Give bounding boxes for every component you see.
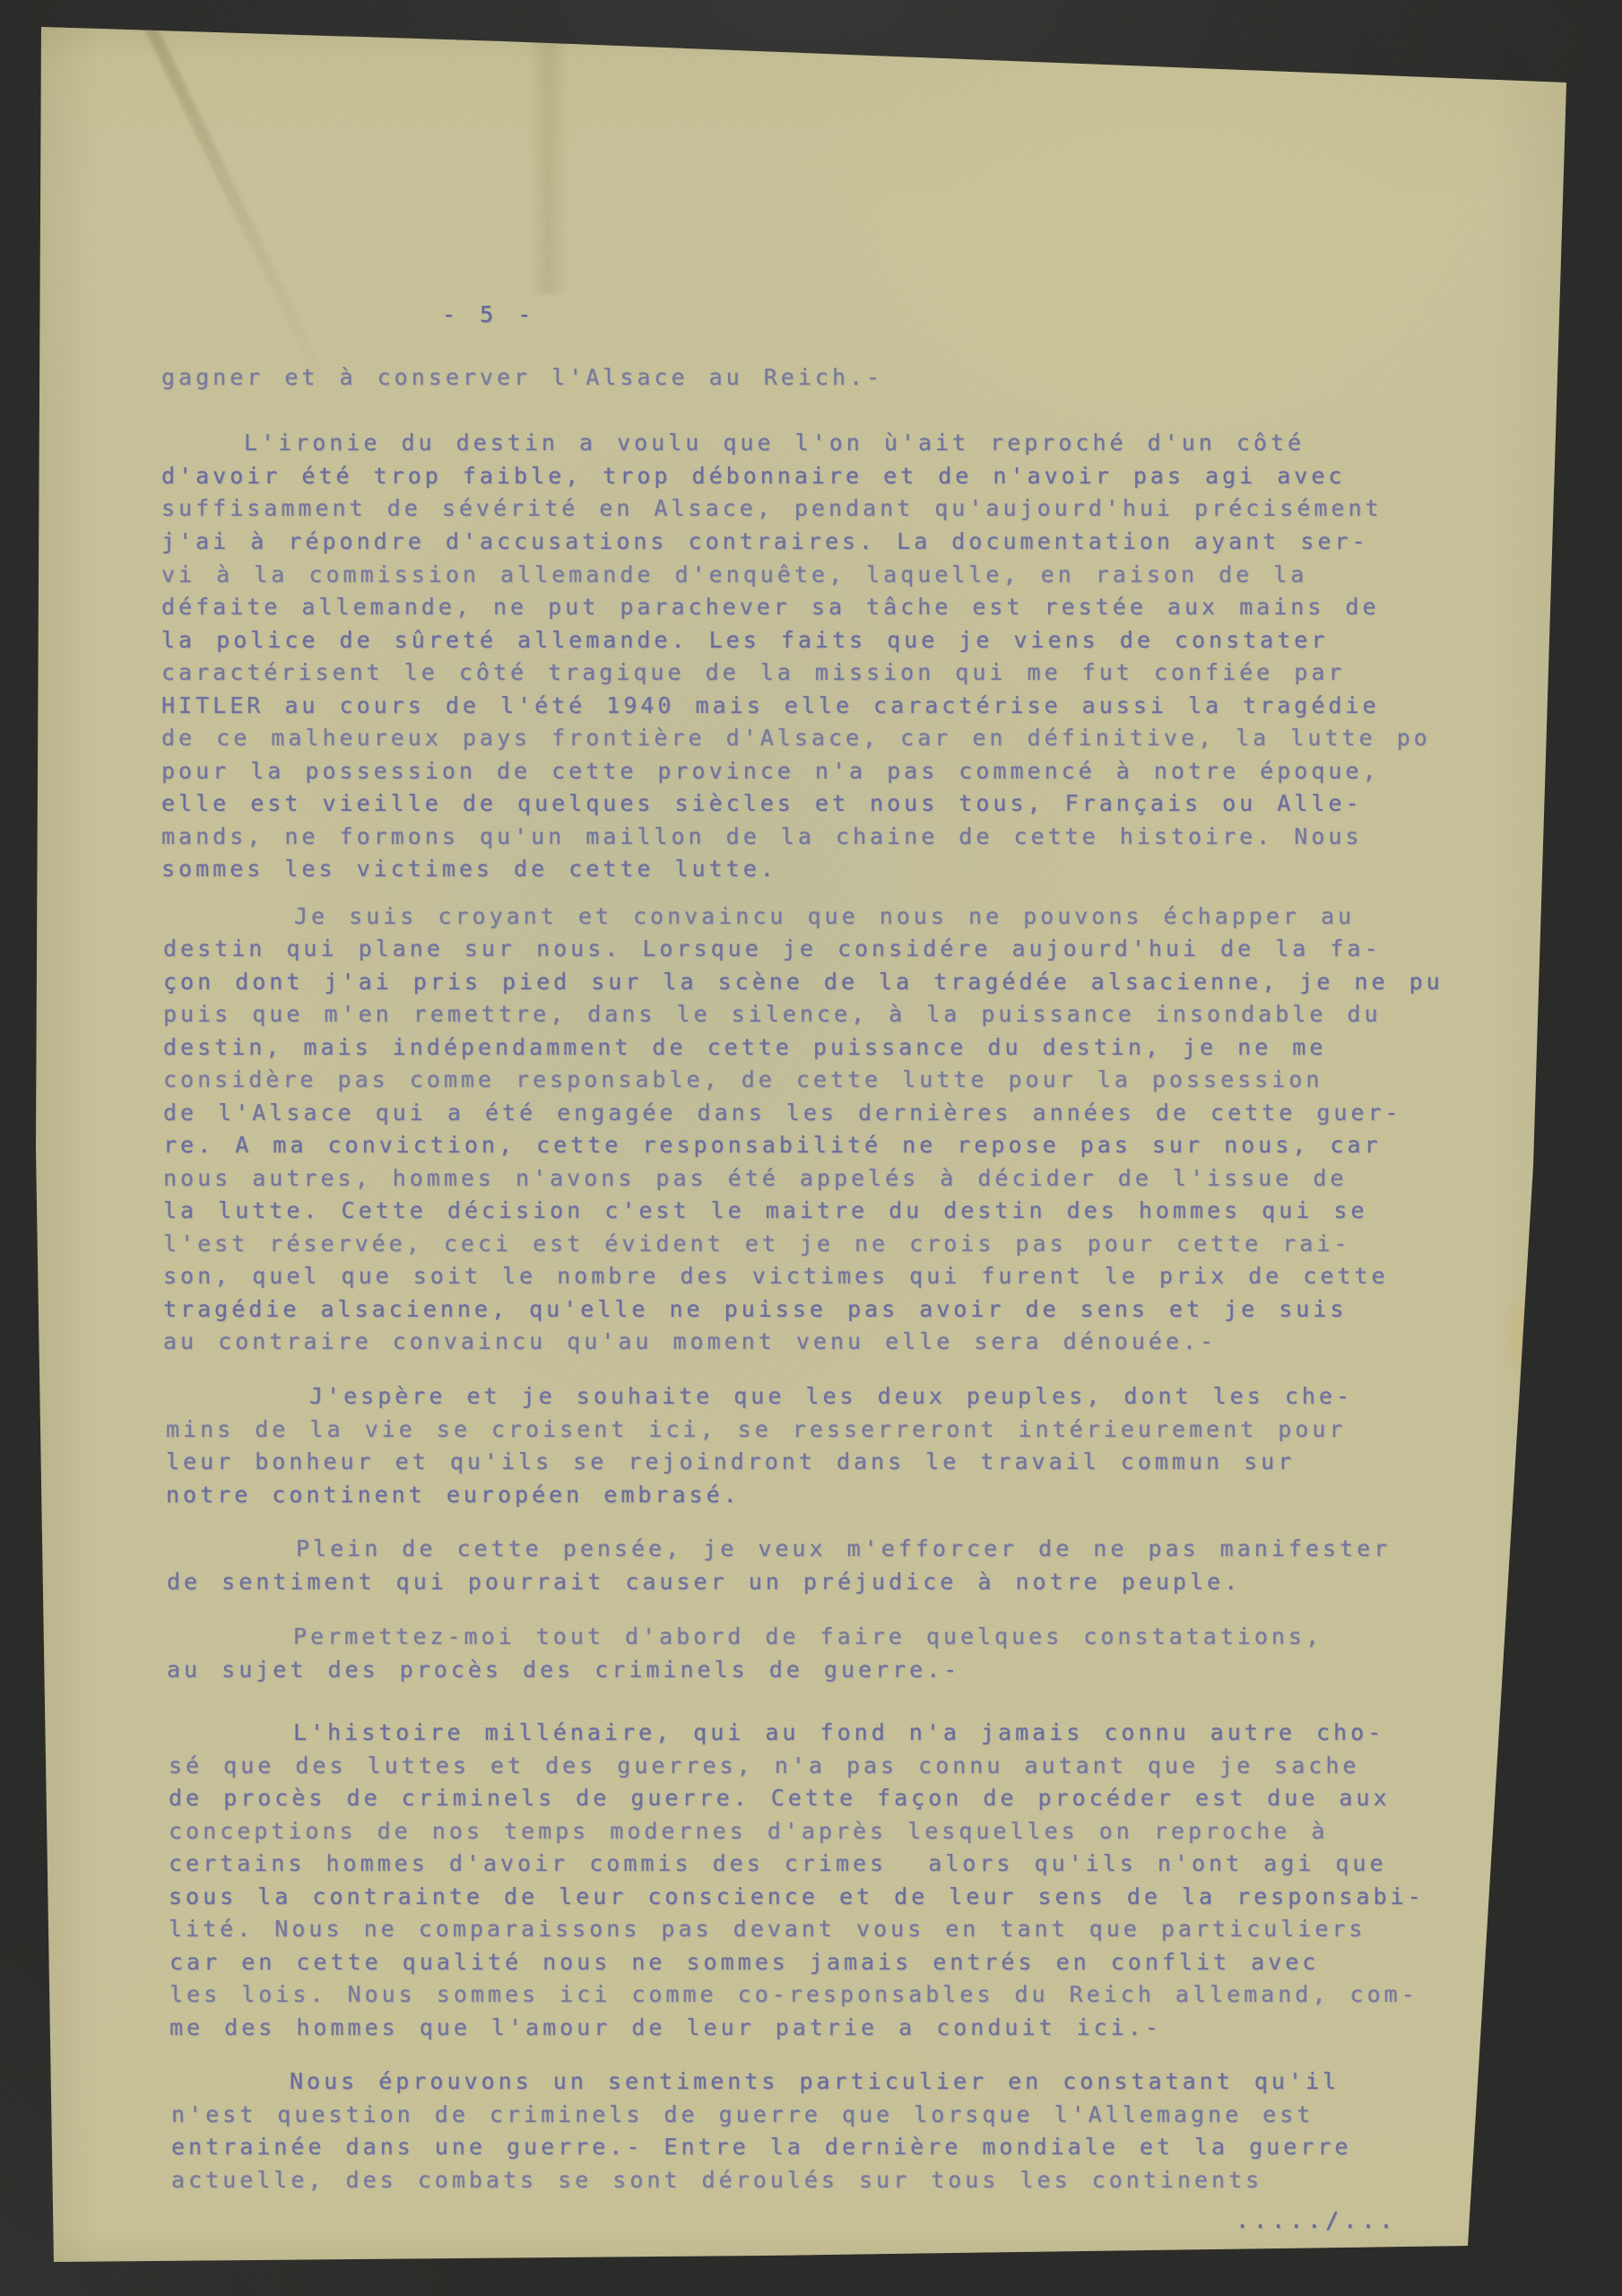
typewritten-line: L'histoire millénaire, qui au fond n'a j… — [293, 1718, 1384, 1746]
continuation-mark: ...../... — [1236, 2206, 1397, 2234]
document-page: - 5 - gagner et à conserver l'Alsace au … — [0, 0, 1622, 2296]
typewritten-line: au contraire convaincu qu'au moment venu… — [163, 1327, 1217, 1355]
typewritten-line: destin qui plane sur nous. Lorsque je co… — [163, 935, 1382, 962]
typewritten-line: de sentiment qui pourrait causer un préj… — [167, 1568, 1241, 1596]
typewritten-line: sous la contrainte de leur conscience et… — [169, 1883, 1425, 1910]
typewritten-line: défaite allemande, ne put parachever sa … — [161, 593, 1380, 621]
typewritten-line: son, quel que soit le nombre des victime… — [163, 1262, 1389, 1290]
typewritten-line: la lutte. Cette décision c'est le maitre… — [163, 1196, 1368, 1224]
typewritten-line: destin, mais indépendamment de cette pui… — [163, 1033, 1326, 1061]
typewritten-line: Je suis croyant et convaincu que nous ne… — [294, 902, 1355, 930]
typewritten-line: lité. Nous ne comparaissons pas devant v… — [169, 1915, 1366, 1943]
typewritten-line: re. A ma conviction, cette responsabilit… — [163, 1131, 1382, 1159]
typewritten-line: notre continent européen embrasé. — [166, 1481, 741, 1509]
typewritten-line: n'est question de criminels de guerre qu… — [171, 2100, 1314, 2128]
typewritten-line: sé que des luttes et des guerres, n'a pa… — [169, 1752, 1359, 1779]
typewritten-line: HITLER au cours de l'été 1940 mais elle … — [161, 691, 1380, 719]
typewritten-line: suffisamment de sévérité en Alsace, pend… — [161, 494, 1383, 522]
typewritten-line: de l'Alsace qui a été engagée dans les d… — [163, 1099, 1402, 1126]
typewritten-line: j'ai à répondre d'accusations contraires… — [161, 527, 1369, 555]
typewritten-line: Permettez-moi tout d'abord de faire quel… — [293, 1622, 1323, 1650]
typewritten-line: d'avoir été trop faible, trop débonnaire… — [161, 462, 1345, 490]
typewritten-line: considère pas comme responsable, de cett… — [163, 1065, 1323, 1093]
typewritten-line: les lois. Nous sommes ici comme co-respo… — [169, 1980, 1418, 2008]
typewritten-line: tragédie alsacienne, qu'elle ne puisse p… — [163, 1295, 1347, 1323]
typewritten-line: Plein de cette pensée, je veux m'efforce… — [296, 1535, 1391, 1562]
typewritten-line: nous autres, hommes n'avons pas été appe… — [163, 1164, 1347, 1192]
typewritten-line: Nous éprouvons un sentiments particulier… — [290, 2067, 1340, 2095]
typewritten-line: vi à la commission allemande d'enquête, … — [161, 561, 1307, 588]
photo-background: - 5 - gagner et à conserver l'Alsace au … — [0, 0, 1622, 2296]
typewritten-line: mands, ne formons qu'un maillon de la ch… — [161, 822, 1363, 850]
typewritten-line: actuelle, des combats se sont déroulés s… — [171, 2166, 1262, 2194]
typewritten-line: car en cette qualité nous ne sommes jama… — [169, 1948, 1319, 1976]
typewritten-line: au sujet des procès des criminels de gue… — [167, 1656, 960, 1683]
typewritten-line: l'est réservée, ceci est évident et je n… — [163, 1230, 1350, 1257]
typewritten-line: entrainée dans une guerre.- Entre la der… — [171, 2133, 1351, 2161]
typewritten-line: gagner et à conserver l'Alsace au Reich.… — [161, 363, 883, 391]
typewritten-line: la police de sûreté allemande. Les faits… — [161, 626, 1328, 654]
typewritten-line: pour la possession de cette province n'a… — [161, 757, 1380, 785]
typewritten-line: elle est vieille de quelques siècles et … — [161, 789, 1363, 817]
typewritten-line: certains hommes d'avoir commis des crime… — [169, 1849, 1387, 1877]
typewritten-text: gagner et à conserver l'Alsace au Reich.… — [0, 0, 1622, 2296]
typewritten-line: de procès de criminels de guerre. Cette … — [169, 1784, 1391, 1812]
typewritten-line: sommes les victimes de cette lutte. — [161, 855, 777, 883]
typewritten-line: mins de la vie se croisent ici, se resse… — [166, 1415, 1346, 1443]
typewritten-line: conceptions de nos temps modernes d'aprè… — [169, 1817, 1328, 1845]
typewritten-line: puis que m'en remettre, dans le silence,… — [163, 1000, 1382, 1028]
typewritten-line: leur bonheur et qu'ils se rejoindront da… — [166, 1448, 1295, 1475]
typewritten-line: me des hommes que l'amour de leur patrie… — [169, 2013, 1162, 2041]
typewritten-line: J'espère et je souhaite que les deux peu… — [309, 1382, 1353, 1410]
typewritten-line: çon dont j'ai pris pied sur la scène de … — [163, 968, 1444, 996]
typewritten-line: L'ironie du destin a voulu que l'on ù'ai… — [244, 429, 1305, 457]
typewritten-line: de ce malheureux pays frontière d'Alsace… — [161, 724, 1431, 752]
typewritten-line: caractérisent le côté tragique de la mis… — [161, 658, 1345, 686]
